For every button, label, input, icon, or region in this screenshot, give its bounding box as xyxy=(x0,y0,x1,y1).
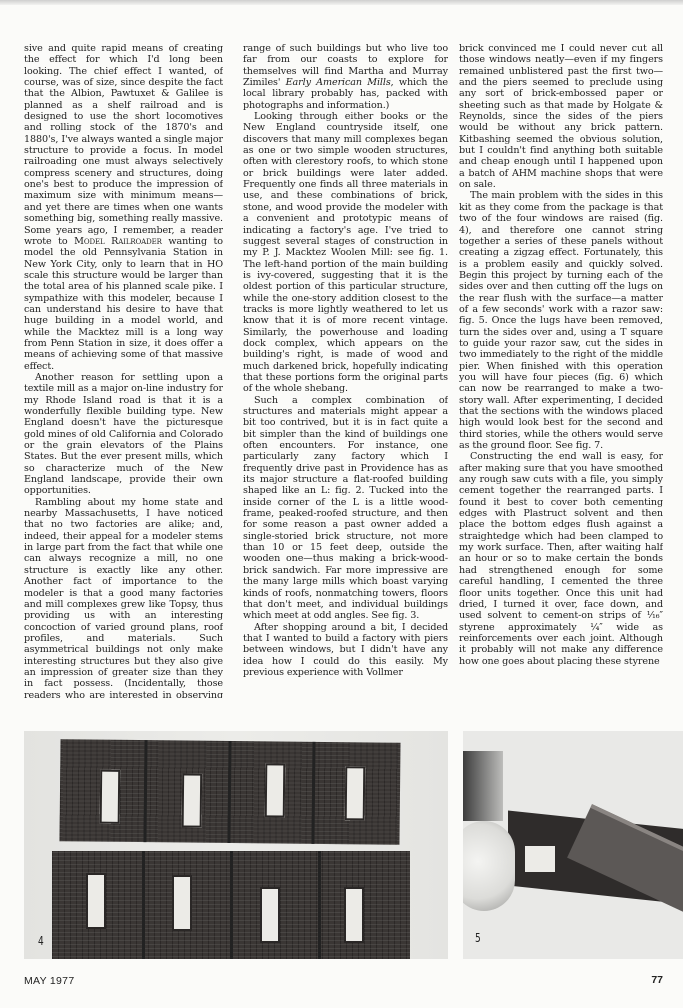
figure-number: 5 xyxy=(475,931,481,945)
hand xyxy=(463,821,515,911)
razor-saw xyxy=(567,804,683,917)
window xyxy=(86,873,106,929)
text-run: wanting to model the old Pennsylvania St… xyxy=(24,236,223,372)
paragraph: Looking through either books or the New … xyxy=(243,111,448,395)
book-title: Early American Mills xyxy=(286,77,391,88)
page-number: 77 xyxy=(651,974,663,986)
page-top-edge xyxy=(0,0,683,5)
text-column-1: sive and quite rapid means of creating t… xyxy=(24,43,223,698)
pier xyxy=(311,742,315,844)
paragraph: After shopping around a bit, I decided t… xyxy=(243,622,448,679)
paragraph: Rambling about my home state and nearby … xyxy=(24,497,223,698)
paragraph: The main problem with the sides in this … xyxy=(459,190,663,451)
window xyxy=(182,773,203,827)
text-column-3: brick convinced me I could never cut all… xyxy=(459,43,663,698)
figure-number: 4 xyxy=(38,934,44,948)
window xyxy=(265,763,286,817)
paragraph: range of such buildings but who live too… xyxy=(243,43,448,111)
issue-date: MAY 1977 xyxy=(24,975,74,987)
window xyxy=(260,887,280,943)
figure-4-photo: 4 xyxy=(24,731,448,959)
window xyxy=(525,846,555,872)
paragraph: brick convinced me I could never cut all… xyxy=(459,43,663,190)
hand-shadow xyxy=(463,751,503,821)
paragraph: Constructing the end wall is easy, for a… xyxy=(459,451,663,667)
window xyxy=(345,766,366,820)
window xyxy=(344,887,364,943)
pier xyxy=(142,851,145,959)
paragraph: sive and quite rapid means of creating t… xyxy=(24,43,223,372)
pier xyxy=(230,851,233,959)
pier xyxy=(227,741,231,843)
brick-wall-panel-bottom xyxy=(52,851,410,959)
text-run: sive and quite rapid means of creating t… xyxy=(24,43,223,247)
text-column-2: range of such buildings but who live too… xyxy=(243,43,448,698)
figure-5-photo: 5 xyxy=(463,731,683,959)
window xyxy=(172,875,192,931)
magazine-name: Model Railroader xyxy=(74,236,162,247)
paragraph: Such a complex combination of structures… xyxy=(243,395,448,622)
window xyxy=(100,770,121,824)
paragraph: Another reason for settling upon a texti… xyxy=(24,372,223,497)
pier xyxy=(143,740,147,842)
pier xyxy=(318,851,321,959)
brick-wall-panel-top xyxy=(59,739,400,845)
